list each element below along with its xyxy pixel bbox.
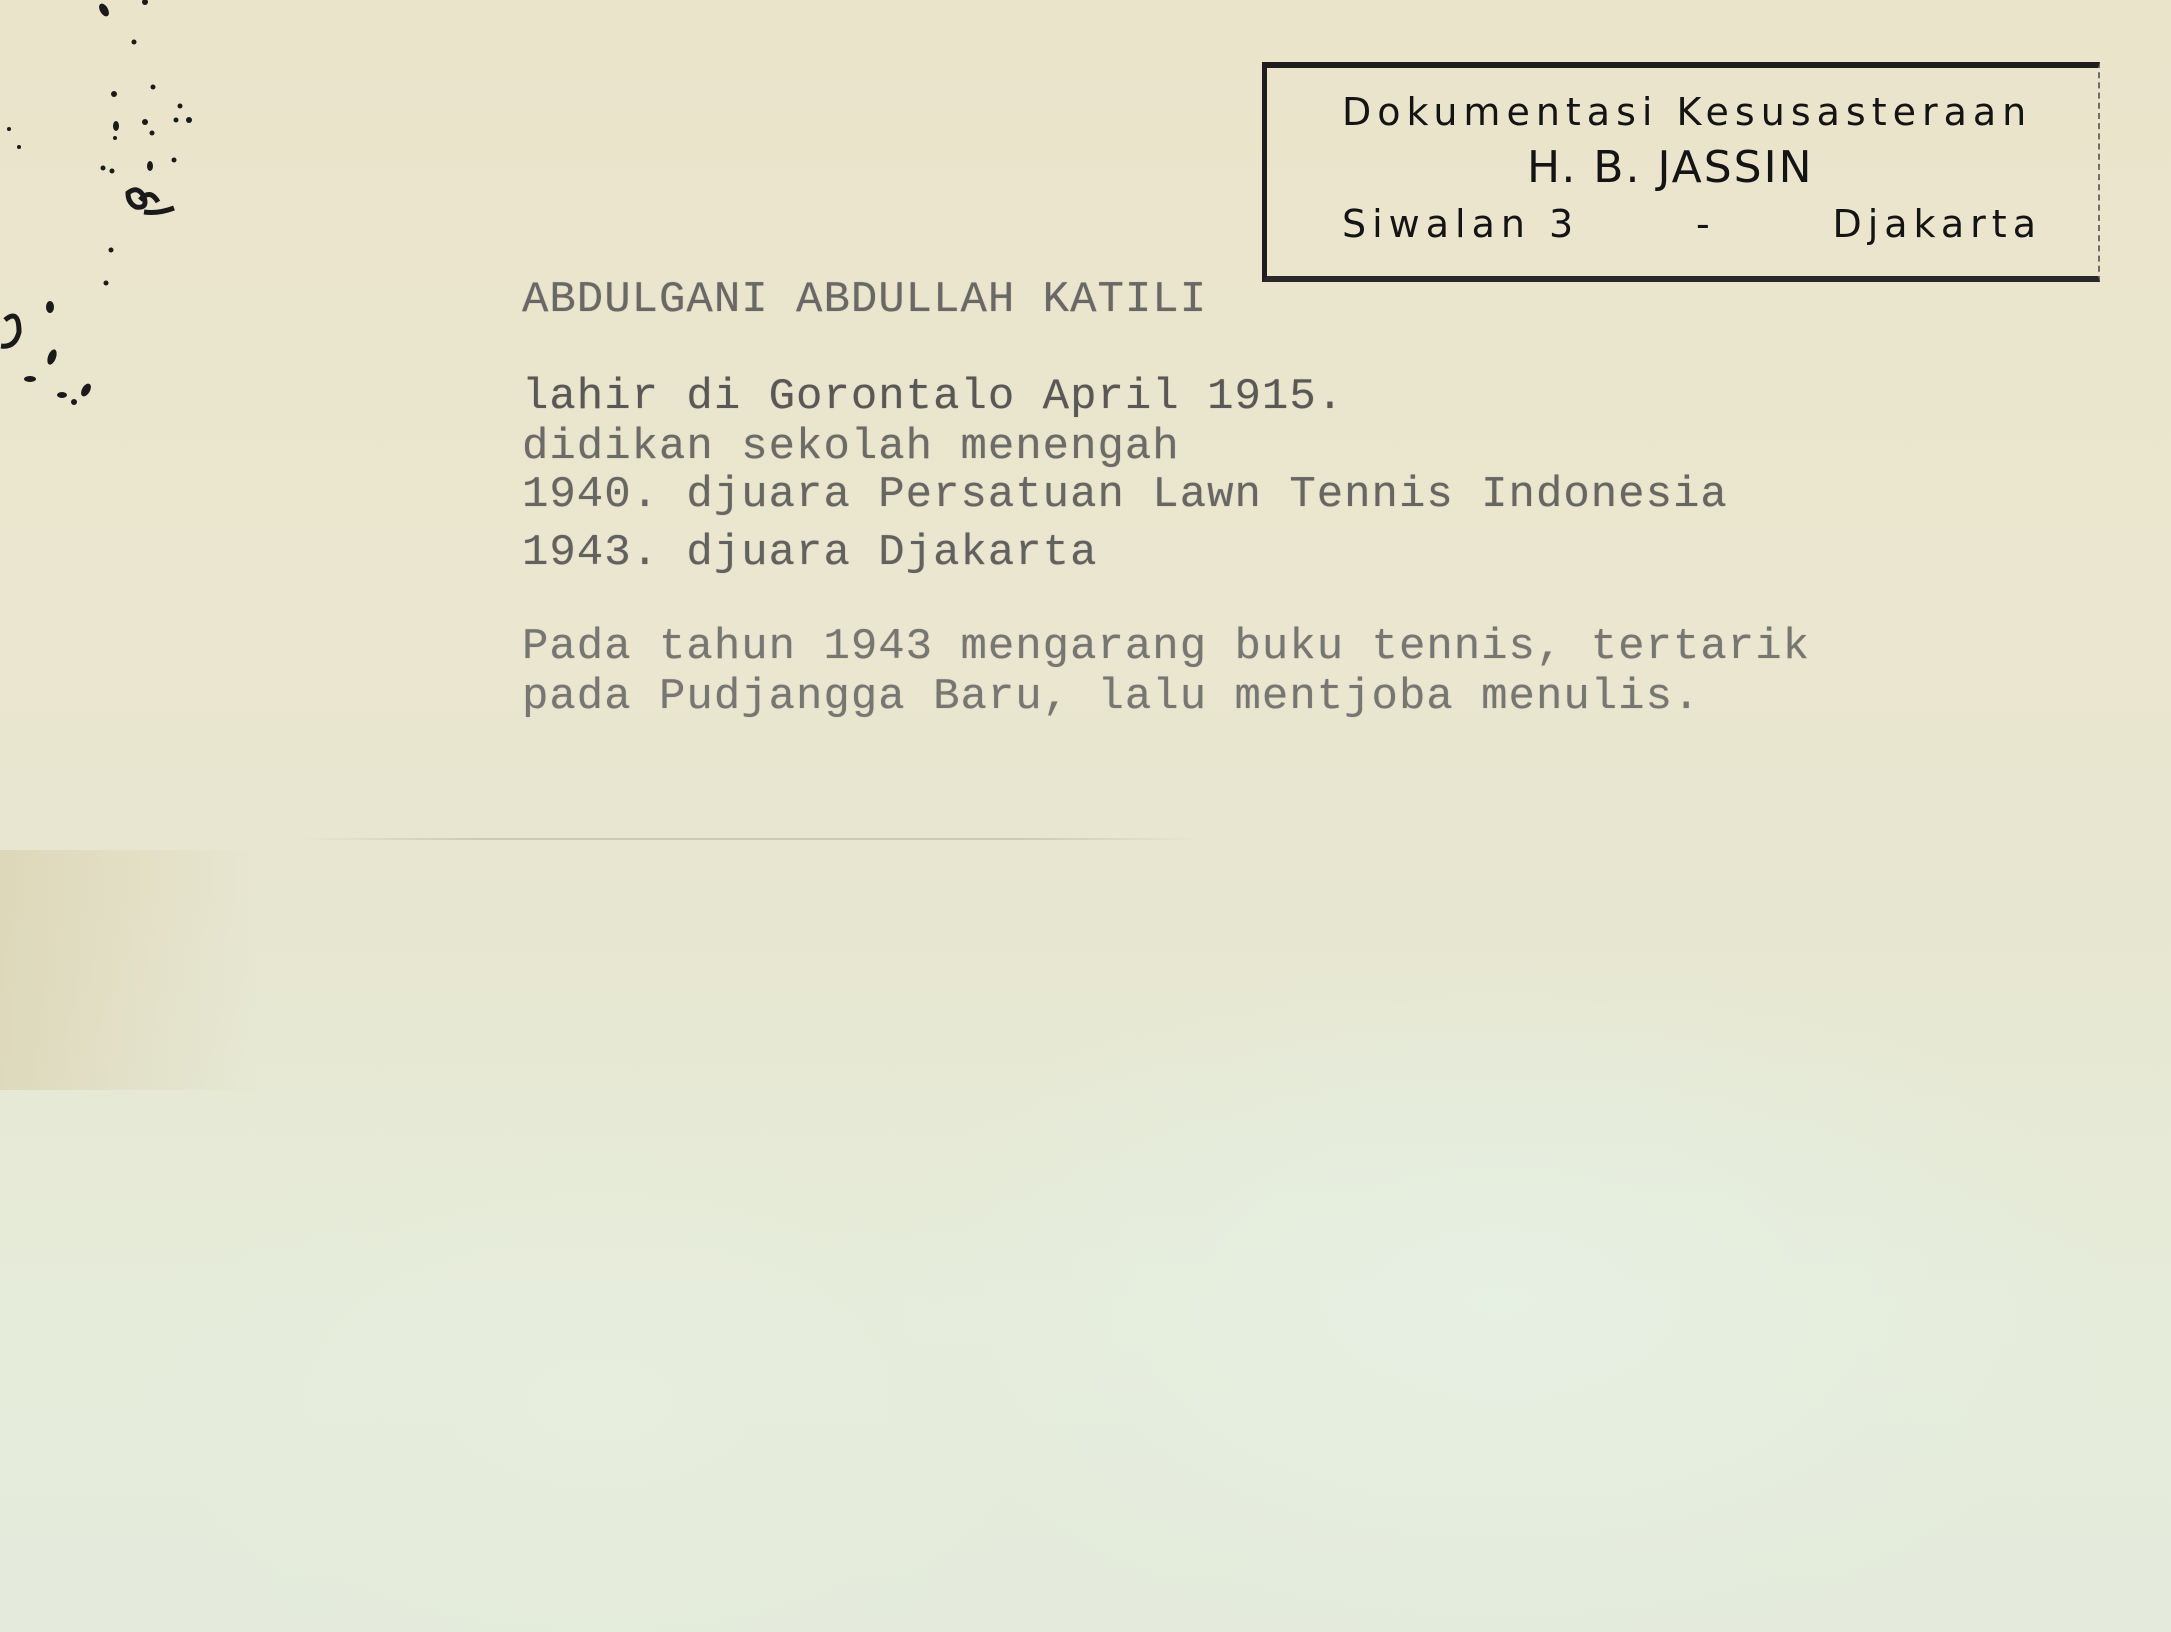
stamp-institution: Dokumentasi Kesusasteraan [1342,90,2032,134]
archive-stamp: Dokumentasi Kesusasteraan H. B. JASSIN S… [1262,62,2100,282]
stamp-address: Siwalan 3 - Djakarta [1342,202,2042,246]
bio-line-1940: 1940. djuara Persatuan Lawn Tennis Indon… [522,470,1728,520]
margin-ink-marks [0,0,240,420]
paragraph-line: pada Pudjangga Baru, lalu mentjoba menul… [522,672,1700,722]
stamp-city: Djakarta [1832,202,2042,246]
paper-crease [300,838,1200,840]
bio-line-birth: lahir di Gorontalo April 1915. [522,372,1344,422]
paragraph-line: Pada tahun 1943 mengarang buku tennis, t… [522,622,1810,672]
stamp-name: H. B. JASSIN [1527,142,1814,193]
person-name-heading: ABDULGANI ABDULLAH KATILI [522,275,1207,325]
stamp-street: Siwalan 3 [1342,202,1579,246]
stamp-separator: - [1696,202,1716,246]
paper-stain [0,850,260,1090]
bio-line-1943: 1943. djuara Djakarta [522,528,1098,578]
bio-line-education: didikan sekolah menengah [522,422,1180,472]
